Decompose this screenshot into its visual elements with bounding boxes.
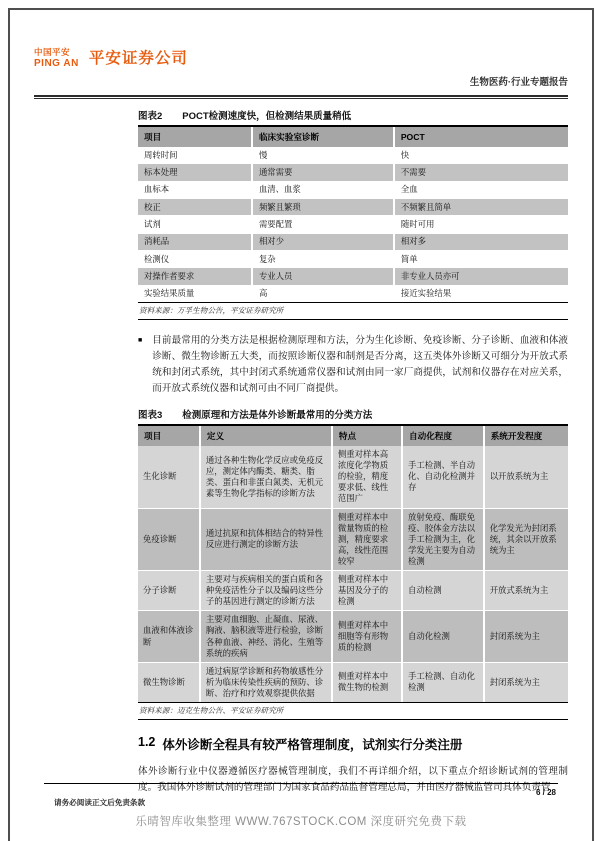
company-name: 平安证券公司 <box>89 46 188 69</box>
figure2-table-wrap: 项目临床实验室诊断POCT 周转时间慢快标本处理通常需要不需要血标本血清、血浆全… <box>138 125 568 302</box>
section-number: 1.2 <box>138 735 155 753</box>
table-cell: 侧重对样本中微生物的检测 <box>332 662 402 702</box>
table-cell: 相对少 <box>252 233 394 250</box>
table-cell: 通常需要 <box>252 164 394 181</box>
table-cell: 放射免疫、酶联免疫、胶体金方法以手工检测为主，化学发光主要为自动检测 <box>402 508 484 570</box>
figure2-block: 图表2 POCT检测速度快，但检测结果质量稍低 项目临床实验室诊断POCT 周转… <box>138 108 568 320</box>
pingan-logo: 中国平安 PING AN 平安证券公司 <box>34 46 568 69</box>
table-row: 微生物诊断通过病原学诊断和药物敏感性分析为临床传染性疾病的预防、诊断、治疗和疗效… <box>138 662 568 702</box>
table-cell: 血清、血浆 <box>252 181 394 198</box>
table-cell: 接近实验结果 <box>394 285 568 302</box>
figure3-block: 图表3 检测原理和方法是体外诊断最常用的分类方法 项目定义特点自动化程度系统开发… <box>138 407 568 720</box>
figure2-title: POCT检测速度快，但检测结果质量稍低 <box>182 108 351 122</box>
figure2-caption: 图表2 POCT检测速度快，但检测结果质量稍低 <box>138 108 568 122</box>
table-cell: 侧重对样本中微量物质的检测，精度要求高，线性范围较窄 <box>332 508 402 570</box>
table-cell: 免疫诊断 <box>138 508 200 570</box>
table-cell: 简单 <box>394 251 568 268</box>
table-row: 对操作者要求专业人员非专业人员亦可 <box>138 268 568 285</box>
report-page: 中国平安 PING AN 平安证券公司 生物医药·行业专题报告 图表2 POCT… <box>10 10 592 841</box>
table-cell: 不频繁且简单 <box>394 199 568 216</box>
table-cell: 侧重对样本中基因及分子的检测 <box>332 571 402 611</box>
column-header: 特点 <box>332 426 402 446</box>
table-cell: 慢 <box>252 147 394 164</box>
table-cell: 侧重对样本中细胞等有形物质的检测 <box>332 611 402 662</box>
figure2-source: 资料来源：万孚生物公告，平安证券研究所 <box>138 302 568 320</box>
table-row: 血标本血清、血浆全血 <box>138 181 568 198</box>
table-cell: 全血 <box>394 181 568 198</box>
disclaimer-text: 请务必阅读正文后免责条款 <box>54 797 145 808</box>
table-cell: 专业人员 <box>252 268 394 285</box>
footer-divider <box>44 783 558 784</box>
table-row: 标本处理通常需要不需要 <box>138 164 568 181</box>
table-cell: 需要配置 <box>252 216 394 233</box>
figure3-table-wrap: 项目定义特点自动化程度系统开发程度 生化诊断通过各种生物化学反应或免疫反应，测定… <box>138 424 568 702</box>
table-header-row: 项目定义特点自动化程度系统开发程度 <box>138 426 568 446</box>
table-cell: 对操作者要求 <box>138 268 252 285</box>
page-header: 中国平安 PING AN 平安证券公司 生物医药·行业专题报告 <box>34 46 568 86</box>
table-cell: 周转时间 <box>138 147 252 164</box>
logo-chinese-text: 中国平安 <box>34 46 79 58</box>
table-cell: 以开放系统为主 <box>484 446 568 508</box>
table-cell: 血标本 <box>138 181 252 198</box>
table-cell: 开放式系统为主 <box>484 571 568 611</box>
table-cell: 主要对血细胞、止凝血、尿液、胸液、脑积液等进行检验，诊断各种血液、神经、消化、生… <box>200 611 332 662</box>
table-cell: 通过抗原和抗体相结合的特异性反应进行测定的诊断方法 <box>200 508 332 570</box>
table-row: 试剂需要配置随时可用 <box>138 216 568 233</box>
table-header-row: 项目临床实验室诊断POCT <box>138 127 568 147</box>
ivd-classification-table: 项目定义特点自动化程度系统开发程度 生化诊断通过各种生物化学反应或免疫反应，测定… <box>138 426 568 702</box>
report-type-label: 生物医药·行业专题报告 <box>470 74 568 88</box>
table-cell: 侧重对样本高浓度化学物质的检验，精度要求低、线性范围广 <box>332 446 402 508</box>
bullet-paragraph-text: 目前最常用的分类方法是根据检测原理和方法，分为生化诊断、免疫诊断、分子诊断、血液… <box>152 333 568 397</box>
table-cell: 主要对与疾病相关的蛋白质和各种免疫活性分子以及编码这些分子的基因进行测定的诊断方… <box>200 571 332 611</box>
table-cell: 非专业人员亦可 <box>394 268 568 285</box>
table-cell: 相对多 <box>394 233 568 250</box>
table-cell: 消耗品 <box>138 233 252 250</box>
section-heading: 1.2 体外诊断全程具有较严格管理制度，试剂实行分类注册 <box>138 735 568 753</box>
column-header: 自动化程度 <box>402 426 484 446</box>
table-row: 分子诊断主要对与疾病相关的蛋白质和各种免疫活性分子以及编码这些分子的基因进行测定… <box>138 571 568 611</box>
table-cell: 通过各种生物化学反应或免疫反应，测定体内酶类、糖类、脂类、蛋白和非蛋白氮类、无机… <box>200 446 332 508</box>
watermark-text: 乐晴智库收集整理 WWW.767STOCK.COM 深度研究免费下载 <box>10 813 592 829</box>
table-row: 周转时间慢快 <box>138 147 568 164</box>
page-number: 6 / 28 <box>536 788 556 797</box>
bullet-square-icon: ■ <box>138 337 142 397</box>
poct-comparison-table: 项目临床实验室诊断POCT 周转时间慢快标本处理通常需要不需要血标本血清、血浆全… <box>138 127 568 302</box>
bullet-paragraph: ■ 目前最常用的分类方法是根据检测原理和方法，分为生化诊断、免疫诊断、分子诊断、… <box>138 333 568 397</box>
table-cell: 封闭系统为主 <box>484 611 568 662</box>
table-cell: 封闭系统为主 <box>484 662 568 702</box>
header-divider <box>34 95 568 99</box>
table-row: 生化诊断通过各种生物化学反应或免疫反应，测定体内酶类、糖类、脂类、蛋白和非蛋白氮… <box>138 446 568 508</box>
table-cell: 标本处理 <box>138 164 252 181</box>
table-cell: 自动化检测 <box>402 611 484 662</box>
column-header: 项目 <box>138 127 252 147</box>
column-header: 临床实验室诊断 <box>252 127 394 147</box>
table-cell: 快 <box>394 147 568 164</box>
table-row: 消耗品相对少相对多 <box>138 233 568 250</box>
figure3-label: 图表3 <box>138 407 162 421</box>
table-cell: 检测仪 <box>138 251 252 268</box>
table-cell: 试剂 <box>138 216 252 233</box>
figure3-title: 检测原理和方法是体外诊断最常用的分类方法 <box>182 407 372 421</box>
table-cell: 手工检测、自动化检测 <box>402 662 484 702</box>
table-cell: 高 <box>252 285 394 302</box>
table-cell: 随时可用 <box>394 216 568 233</box>
table-row: 免疫诊断通过抗原和抗体相结合的特异性反应进行测定的诊断方法侧重对样本中微量物质的… <box>138 508 568 570</box>
figure3-caption: 图表3 检测原理和方法是体外诊断最常用的分类方法 <box>138 407 568 421</box>
table-row: 实验结果质量高接近实验结果 <box>138 285 568 302</box>
body-paragraph: 体外诊断行业中仪器遵循医疗器械管理制度，我们不再详细介绍，以下重点介绍诊断试剂的… <box>138 764 568 797</box>
column-header: 项目 <box>138 426 200 446</box>
table-row: 校正频繁且繁琐不频繁且简单 <box>138 199 568 216</box>
figure2-label: 图表2 <box>138 108 162 122</box>
logo-latin-text: PING AN <box>34 58 79 69</box>
table-row: 血液和体液诊断主要对血细胞、止凝血、尿液、胸液、脑积液等进行检验，诊断各种血液、… <box>138 611 568 662</box>
table-cell: 频繁且繁琐 <box>252 199 394 216</box>
table-cell: 手工检测、半自动化、自动化检测并存 <box>402 446 484 508</box>
table-cell: 分子诊断 <box>138 571 200 611</box>
table-cell: 微生物诊断 <box>138 662 200 702</box>
figure3-source: 资料来源：迈克生物公告、平安证券研究所 <box>138 702 568 720</box>
table-cell: 不需要 <box>394 164 568 181</box>
column-header: POCT <box>394 127 568 147</box>
table-cell: 血液和体液诊断 <box>138 611 200 662</box>
table-cell: 复杂 <box>252 251 394 268</box>
table-row: 检测仪复杂简单 <box>138 251 568 268</box>
column-header: 系统开发程度 <box>484 426 568 446</box>
column-header: 定义 <box>200 426 332 446</box>
table-cell: 生化诊断 <box>138 446 200 508</box>
main-content: 图表2 POCT检测速度快，但检测结果质量稍低 项目临床实验室诊断POCT 周转… <box>138 108 568 797</box>
table-cell: 自动检测 <box>402 571 484 611</box>
table-cell: 实验结果质量 <box>138 285 252 302</box>
table-cell: 化学发光为封闭系统，其余以开放系统为主 <box>484 508 568 570</box>
table-cell: 校正 <box>138 199 252 216</box>
table-cell: 通过病原学诊断和药物敏感性分析为临床传染性疾病的预防、诊断、治疗和疗效观察提供依… <box>200 662 332 702</box>
pingan-logo-mark: 中国平安 PING AN <box>34 46 79 69</box>
section-title: 体外诊断全程具有较严格管理制度，试剂实行分类注册 <box>162 735 462 753</box>
